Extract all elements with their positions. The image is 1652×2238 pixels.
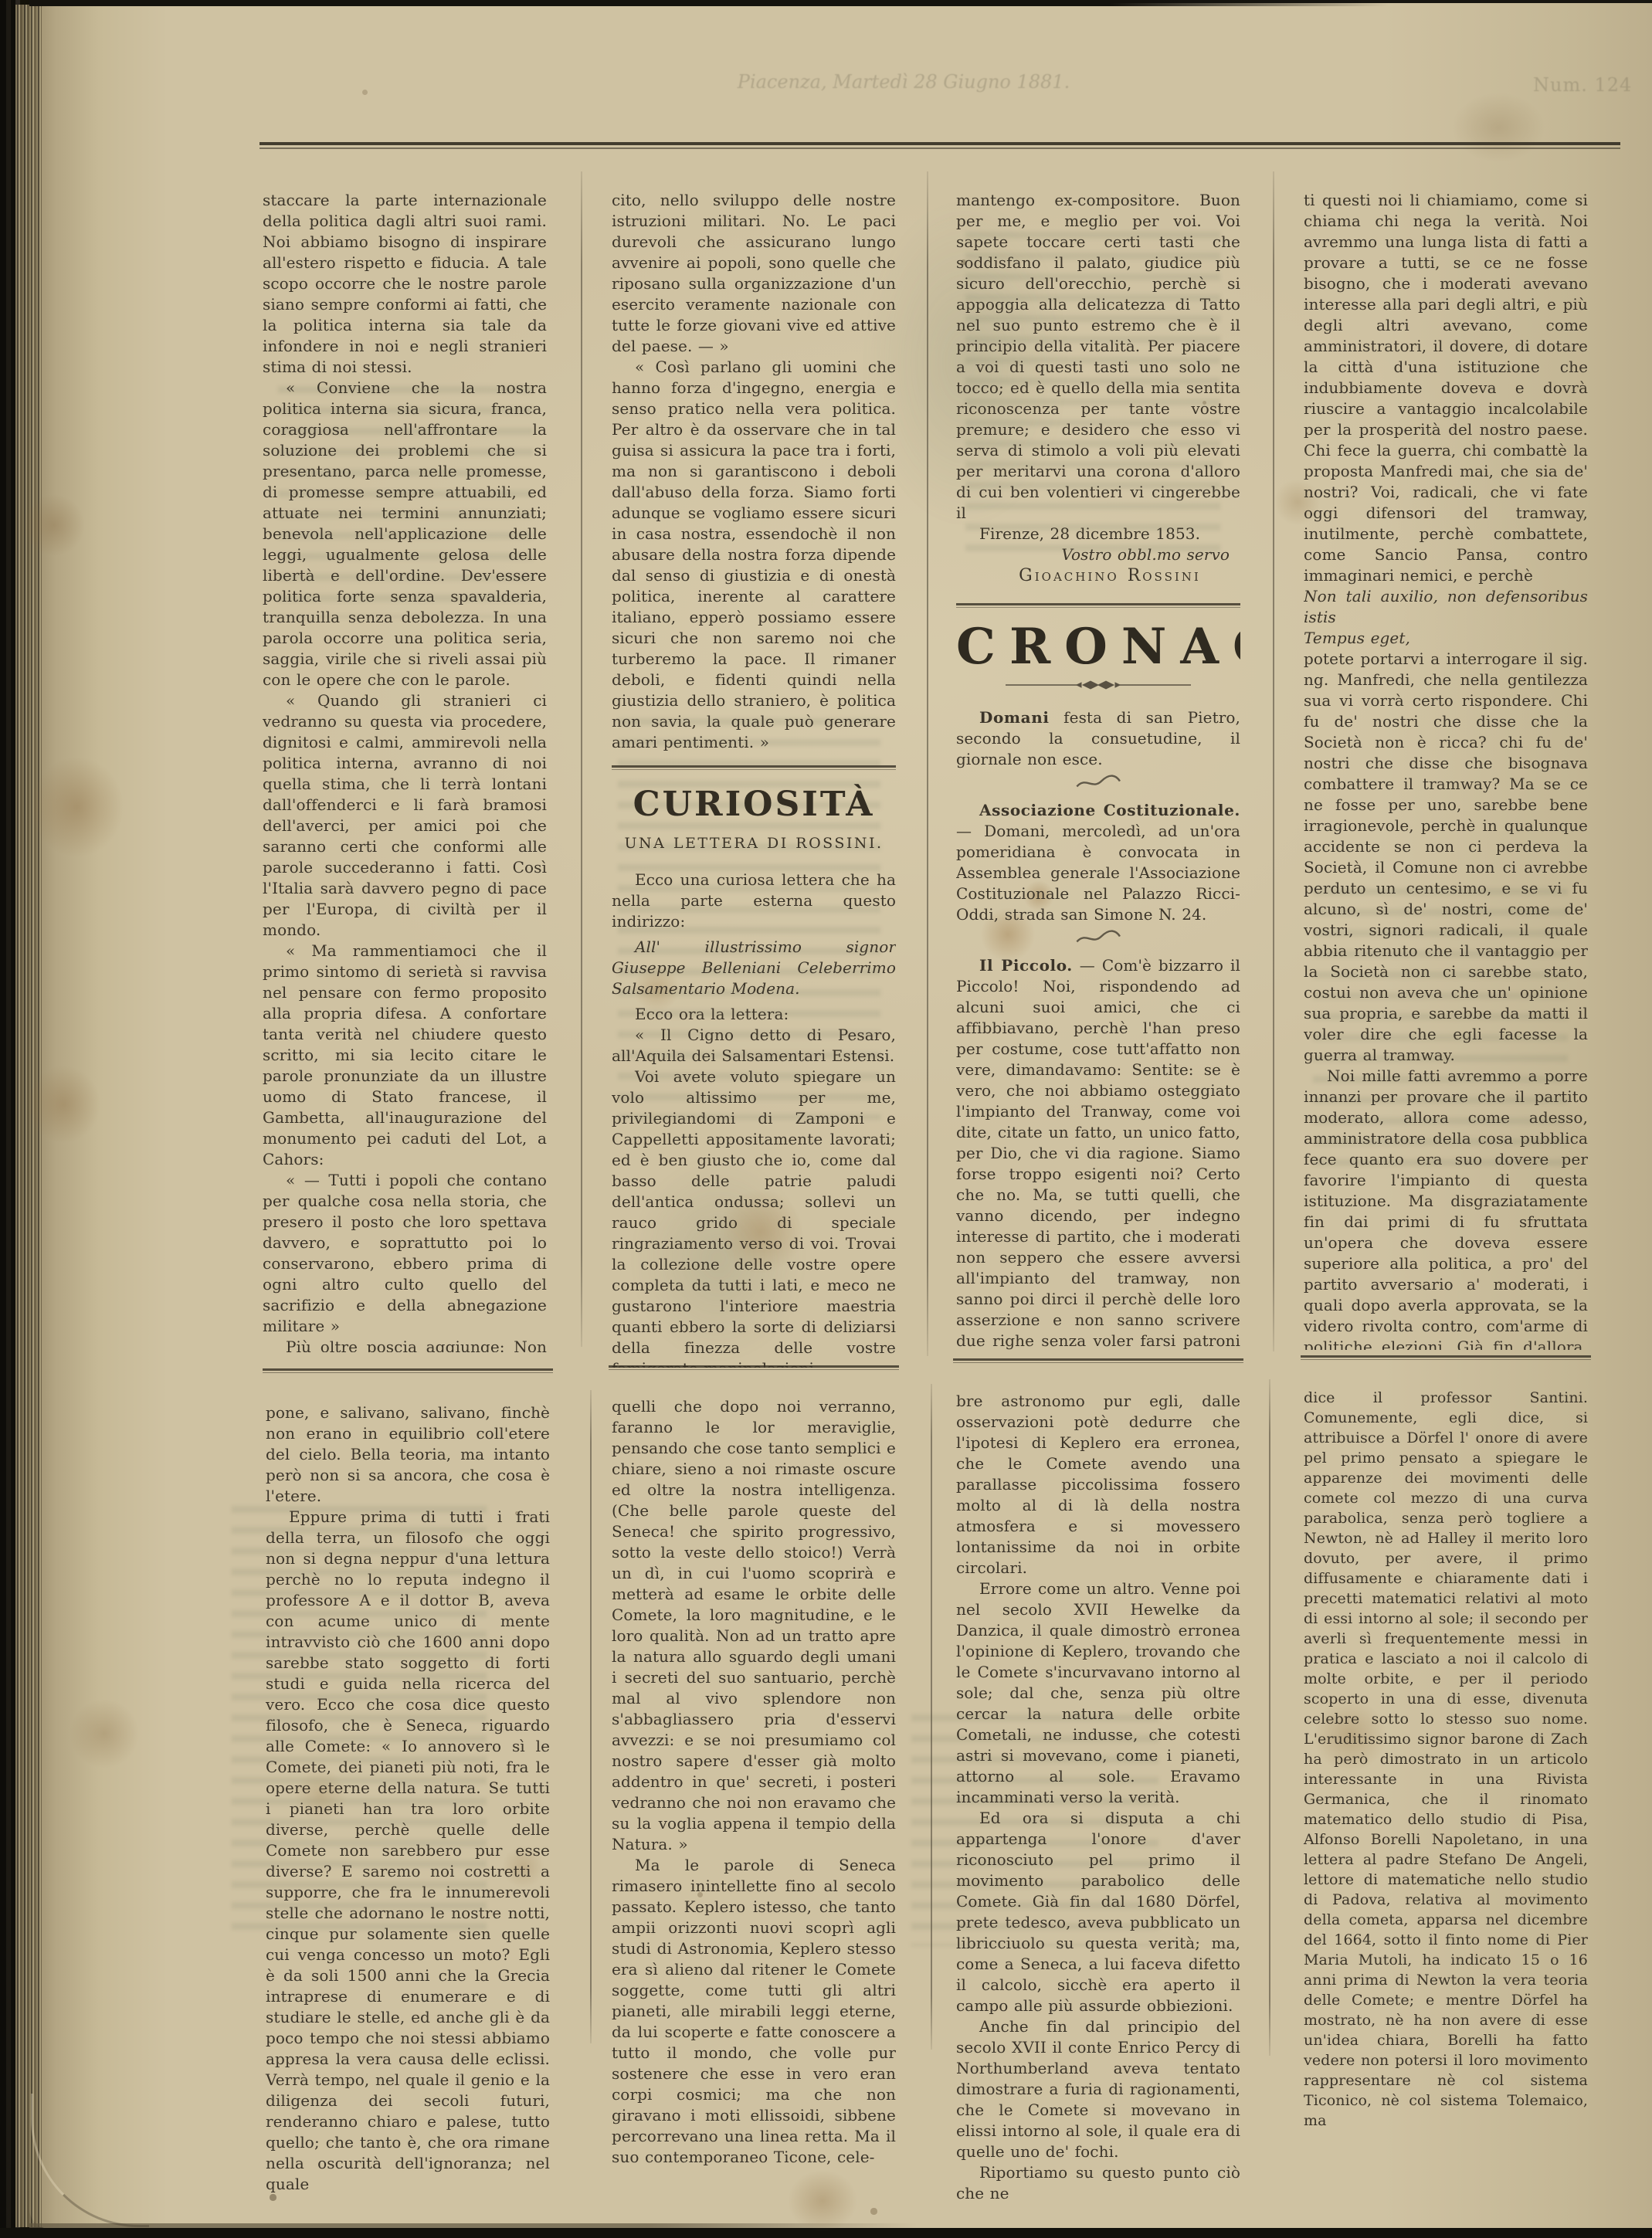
paragraph: « Ma rammentiamoci che il primo sintomo … [263,941,547,1170]
letter-dateline: Firenze, 28 dicembre 1853. [956,524,1240,544]
paragraph: « Quando gli stranieri ci vedranno su qu… [263,690,547,941]
curiosita-subheading: UNA LETTERA DI ROSSINI. [612,833,896,854]
bottom-scan-edge [0,2228,1652,2238]
paragraph: « Così parlano gli uomini che hanno forz… [612,357,896,753]
latin-verse-line: Non tali auxilio, non defensoribus istis [1304,586,1588,628]
top-column-3: mantengo ex-compositore. Buon per me, e … [956,190,1240,1352]
paragraph: ti questi noi li chiamiamo, come si chia… [1304,190,1588,586]
letter-valediction: Vostro obbl.mo servo [956,544,1240,565]
paragraph: potete portarvi a interrogare il sig. ng… [1304,649,1588,1066]
paragraph: staccare la parte internazionale della p… [263,190,547,378]
news-item: Associazione Costituzionale. — Domani, m… [956,800,1240,925]
bottom-column-2: quelli che dopo noi verranno, faranno le… [612,1365,896,2168]
bottom-column-1: pone, e salivano, salivano, finchè non e… [266,1368,550,2195]
page-edge-stack [15,5,42,2227]
paragraph: Ed ora si disputa a chi appartenga l'ono… [956,1808,1240,2016]
top-edge-shadow [29,0,1389,6]
cronaca-heading: CRONACA [956,620,1240,674]
column-divider-rule [1273,171,1274,1351]
bottom-column-4: dice il professor Santini. Comunemente, … [1304,1355,1588,2131]
paragraph: « — Tutti i popoli che contano per qualc… [263,1170,547,1337]
faint-page-number: Num. 124 [1533,74,1632,96]
top-column-2: cito, nello sviluppo delle nostre istruz… [612,190,896,1368]
news-item-lead: Il Piccolo. [979,956,1073,975]
column-divider-rule [931,1384,932,2050]
ink-speckles [0,0,2,2]
news-item-lead: Domani [979,708,1050,727]
letter-address: All' illustrissimo signor Giuseppe Belle… [612,937,896,999]
bottom-column-3: bre astronomo pur egli, dalle osservazio… [956,1358,1240,2204]
column-divider-rule [590,1390,592,2043]
column-divider-rule [1269,1379,1270,2056]
top-column-4: ti questi noi li chiamiamo, come si chia… [1304,190,1588,1350]
paragraph: Anche fin dal principio del secolo XVII … [956,2016,1240,2162]
section-rule [956,603,1240,608]
paragraph: pone, e salivano, salivano, finchè non e… [266,1402,550,1507]
paragraph: Voi avete voluto spiegare un volo altiss… [612,1066,896,1368]
section-rule [612,765,896,770]
paragraph: bre astronomo pur egli, dalle osservazio… [956,1391,1240,1578]
paragraph: « Conviene che la nostra politica intern… [263,378,547,690]
paragraph: cito, nello sviluppo delle nostre istruz… [612,190,896,357]
curiosita-heading: CURIOSITÀ [612,785,896,824]
news-item: Il Piccolo. — Com'è bizzarro il Piccolo!… [956,955,1240,1352]
masthead-rule [260,142,1620,149]
cronaca-divider-flourish-icon [956,676,1240,697]
newspaper-scan-page: Piacenza, Martedì 28 Giugno 1881. Num. 1… [0,0,1652,2238]
paragraph: Riportiamo su questo punto ciò che ne [956,2162,1240,2204]
letter-signature: Gioachino Rossini [956,565,1240,586]
faint-dateline: Piacenza, Martedì 28 Giugno 1881. [633,71,1174,93]
paragraph: mantengo ex-compositore. Buon per me, e … [956,190,1240,524]
paragraph: Errore come un altro. Venne poi nel seco… [956,1578,1240,1808]
news-item: Domani festa di san Pietro, secondo la c… [956,707,1240,770]
paragraph: Ma le parole di Seneca rimasero inintell… [612,1855,896,2168]
news-item-lead: Associazione Costituzionale. [979,801,1240,819]
column-divider-rule [581,171,582,1347]
top-column-1: staccare la parte internazionale della p… [263,190,547,1352]
item-separator-flourish-icon [956,775,1240,795]
paragraph: quelli che dopo noi verranno, faranno le… [612,1396,896,1855]
latin-verse-line: Tempus eget, [1304,628,1588,649]
paragraph: Ecco una curiosa lettera che ha nella pa… [612,870,896,932]
paragraph: dice il professor Santini. Comunemente, … [1304,1388,1588,2131]
paragraph: Noi mille fatti avremmo a porre innanzi … [1304,1066,1588,1350]
paragraph: Ecco ora la lettera: [612,1004,896,1025]
paragraph: « Il Cigno detto di Pesaro, all'Aquila d… [612,1025,896,1066]
item-separator-flourish-icon [956,930,1240,951]
paragraph: Più oltre poscia aggiunge: Non vi lascia… [263,1337,547,1352]
column-divider-rule [927,171,928,1356]
paragraph: Eppure prima di tutti i frati della terr… [266,1507,550,2195]
